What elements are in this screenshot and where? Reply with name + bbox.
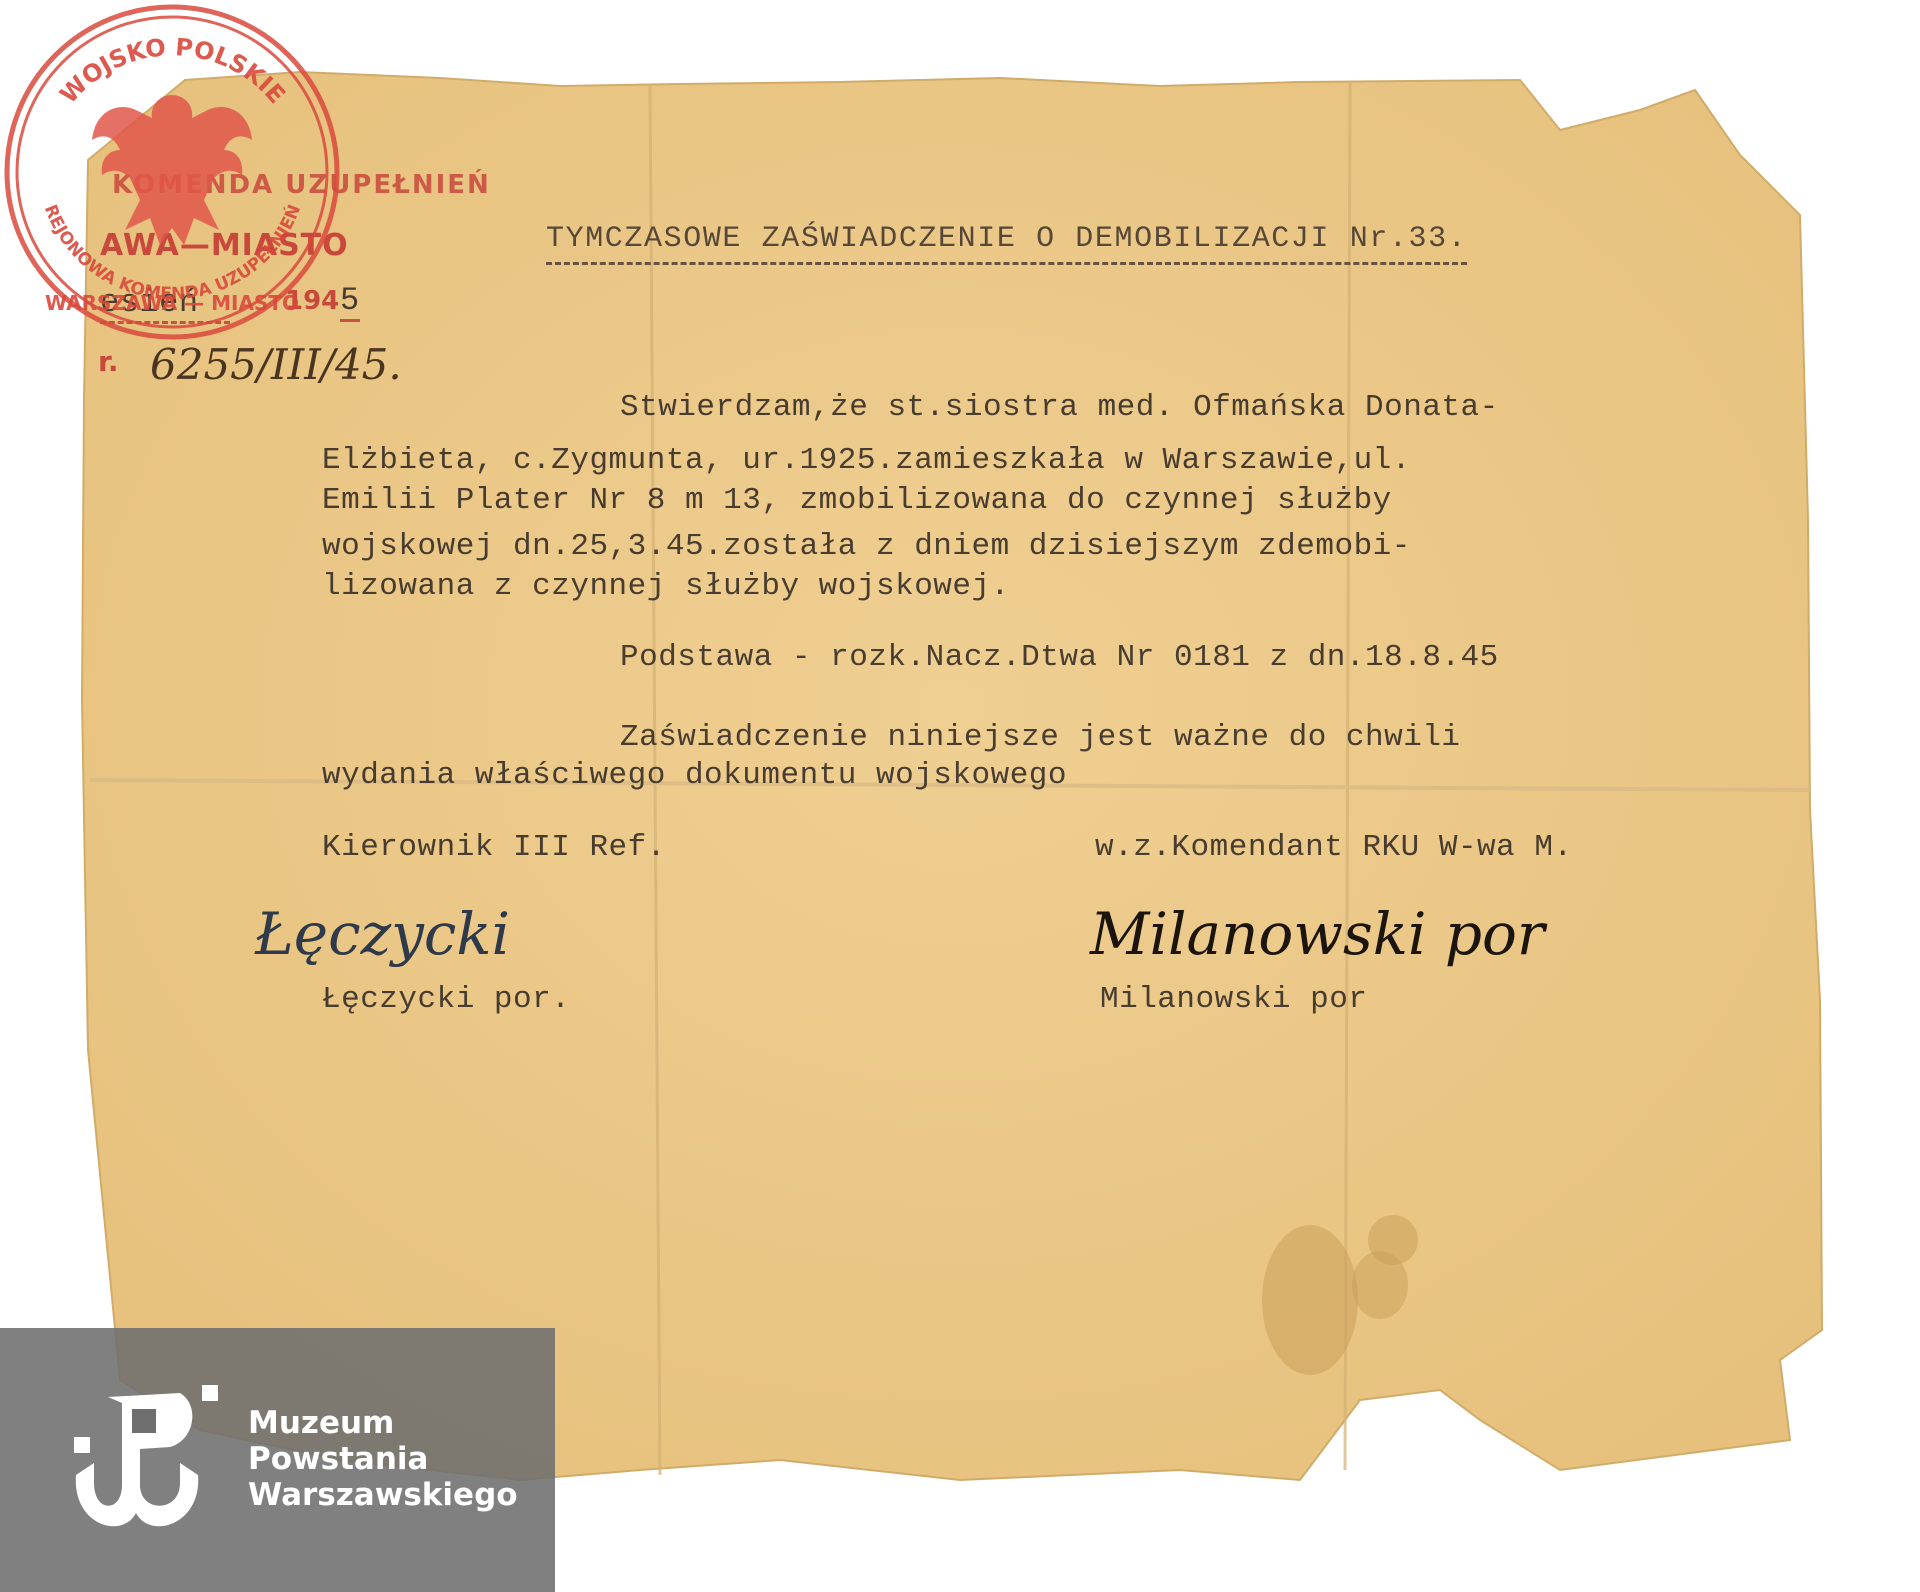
museum-name-line1: Muzeum <box>248 1405 518 1441</box>
body-line-4: wojskowej dn.25,3.45.została z dniem dzi… <box>322 529 1411 564</box>
right-signatory-name: Milanowski por <box>1100 982 1367 1017</box>
left-signatory-role: Kierownik III Ref. <box>322 830 666 865</box>
document-title: TYMCZASOWE ZAŚWIADCZENIE O DEMOBILIZACJI… <box>546 222 1467 265</box>
museum-name-line2: Powstania <box>248 1441 518 1477</box>
official-seal: WOJSKO POLSKIE REJONOWA KOMENDA UZUPEŁNI… <box>0 0 345 345</box>
body-line-3: Emilii Plater Nr 8 m 13, zmobilizowana d… <box>322 483 1392 518</box>
eagle-emblem-icon <box>92 95 252 245</box>
header-number-prefix: r. <box>98 345 118 378</box>
validity-line-2: wydania właściwego dokumentu wojskowego <box>322 758 1067 793</box>
museum-name: Muzeum Powstania Warszawskiego <box>248 1405 518 1513</box>
header-number-handwritten: 6255/III/45. <box>150 340 402 389</box>
basis-line: Podstawa - rozk.Nacz.Dtwa Nr 0181 z dn.1… <box>620 640 1499 675</box>
right-signature: Milanowski por <box>1090 900 1545 968</box>
body-line-2: Elżbieta, c.Zygmunta, ur.1925.zamieszkał… <box>322 443 1411 478</box>
right-signatory-role: w.z.Komendant RKU W-wa M. <box>1095 830 1573 865</box>
body-line-1: Stwierdzam,że st.siostra med. Ofmańska D… <box>620 390 1499 425</box>
document-scan: KOMENDA UZUPEŁNIEŃ AWA—MIASTO esień 194 … <box>0 0 1920 1592</box>
museum-name-line3: Warszawskiego <box>248 1477 518 1513</box>
validity-line-1: Zaświadczenie niniejsze jest ważne do ch… <box>620 720 1461 755</box>
seal-city-text: WARSZAWA — MIASTO <box>45 291 299 315</box>
body-line-5: lizowana z czynnej służby wojskowej. <box>322 569 1010 604</box>
kotwica-anchor-icon <box>70 1385 220 1545</box>
left-signature: Łęczycki <box>255 900 510 968</box>
left-signatory-name: Łęczycki por. <box>322 982 570 1017</box>
